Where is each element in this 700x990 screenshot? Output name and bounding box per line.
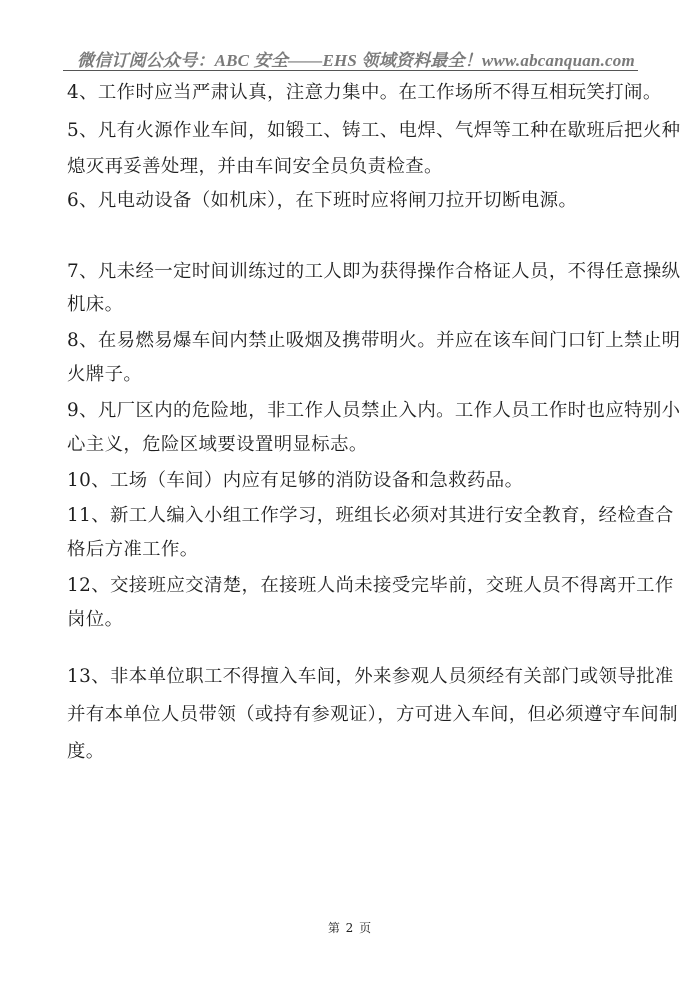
rule-12-line-2: 岗位。 [67,609,123,631]
rule-9-line-2: 心主义，危险区域要设置明显标志。 [67,434,368,456]
rule-5-line-2: 熄灭再妥善处理，并由车间安全员负责检查。 [67,156,443,178]
rule-6-line-1: 6、凡电动设备（如机床），在下班时应将闸刀拉开切断电源。 [67,190,577,212]
rule-8-line-1: 8、在易燃易爆车间内禁止吸烟及携带明火。并应在该车间门口钉上禁止明 [67,330,680,352]
rule-11-line-1: 11、新工人编入小组工作学习，班组长必须对其进行安全教育，经检查合 [67,505,674,527]
rule-9-line-1: 9、凡厂区内的危险地，非工作人员禁止入内。工作人员工作时也应特别小 [67,400,680,422]
rule-5-line-1: 5、凡有火源作业车间，如锻工、铸工、电焊、气焊等工种在歇班后把火种 [67,120,680,142]
page-header: 微信订阅公众号：ABC 安全——EHS 领域资料最全！www.abcanquan… [63,44,638,71]
rule-13-line-3: 度。 [67,741,105,763]
rule-13-line-2: 并有本单位人员带领（或持有参观证），方可进入车间，但必须遵守车间制 [67,704,678,726]
rule-4-line-1: 4、工作时应当严肃认真，注意力集中。在工作场所不得互相玩笑打闹。 [67,82,662,104]
rule-8-line-2: 火牌子。 [67,364,142,386]
rule-12-line-1: 12、交接班应交清楚，在接班人尚未接受完毕前，交班人员不得离开工作 [67,575,674,597]
rule-10-line-1: 10、工场（车间）内应有足够的消防设备和急救药品。 [67,470,523,492]
rule-7-line-1: 7、凡未经一定时间训练过的工人即为获得操作合格证人员，不得任意操纵 [67,261,680,283]
rule-7-line-2: 机床。 [67,294,123,316]
rule-11-line-2: 格后方准工作。 [67,539,199,561]
page-number: 第 2 页 [0,919,700,936]
header-watermark-text: 微信订阅公众号：ABC 安全——EHS 领域资料最全！www.abcanquan… [77,46,635,71]
rule-13-line-1: 13、非本单位职工不得擅入车间，外来参观人员须经有关部门或领导批准 [67,666,674,688]
